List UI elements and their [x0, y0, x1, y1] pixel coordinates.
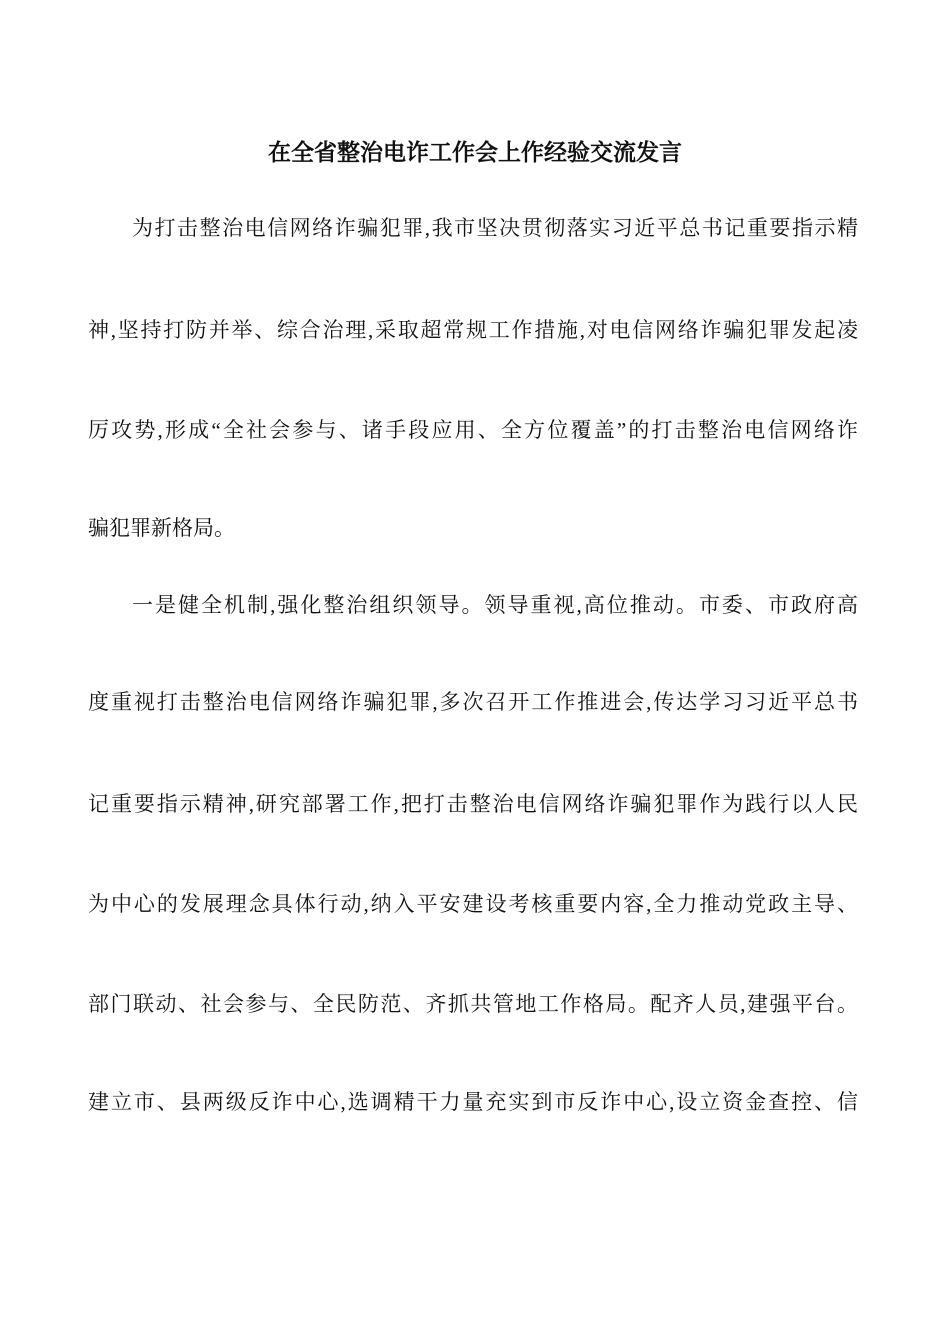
- paragraph-2-line-2: 度重视打击整治电信网络诈骗犯罪,多次召开工作推进会,传达学习习近平总书: [88, 687, 858, 717]
- paragraph-1-line-2: 神,坚持打防并举、综合治理,采取超常规工作措施,对电信网络诈骗犯罪发起凌: [88, 315, 858, 345]
- paragraph-2-line-1: 一是健全机制,强化整治组织领导。领导重视,高位推动。市委、市政府高: [132, 590, 858, 620]
- document-page: 在全省整治电诈工作会上作经验交流发言 为打击整治电信网络诈骗犯罪,我市坚决贯彻落…: [0, 0, 950, 1344]
- paragraph-1-line-3: 厉攻势,形成“全社会参与、诸手段应用、全方位覆盖”的打击整治电信网络诈: [88, 415, 858, 445]
- document-title: 在全省整治电诈工作会上作经验交流发言: [0, 136, 950, 170]
- paragraph-2-line-4: 为中心的发展理念具体行动,纳入平安建设考核重要内容,全力推动党政主导、: [88, 889, 858, 919]
- paragraph-1-line-1: 为打击整治电信网络诈骗犯罪,我市坚决贯彻落实习近平总书记重要指示精: [132, 213, 858, 243]
- paragraph-1-line-4: 骗犯罪新格局。: [88, 513, 858, 543]
- paragraph-2-line-5: 部门联动、社会参与、全民防范、齐抓共管地工作格局。配齐人员,建强平台。: [88, 989, 858, 1019]
- paragraph-2-line-3: 记重要指示精神,研究部署工作,把打击整治电信网络诈骗犯罪作为践行以人民: [88, 789, 858, 819]
- paragraph-2-line-6: 建立市、县两级反诈中心,选调精干力量充实到市反诈中心,设立资金查控、信: [88, 1087, 858, 1117]
